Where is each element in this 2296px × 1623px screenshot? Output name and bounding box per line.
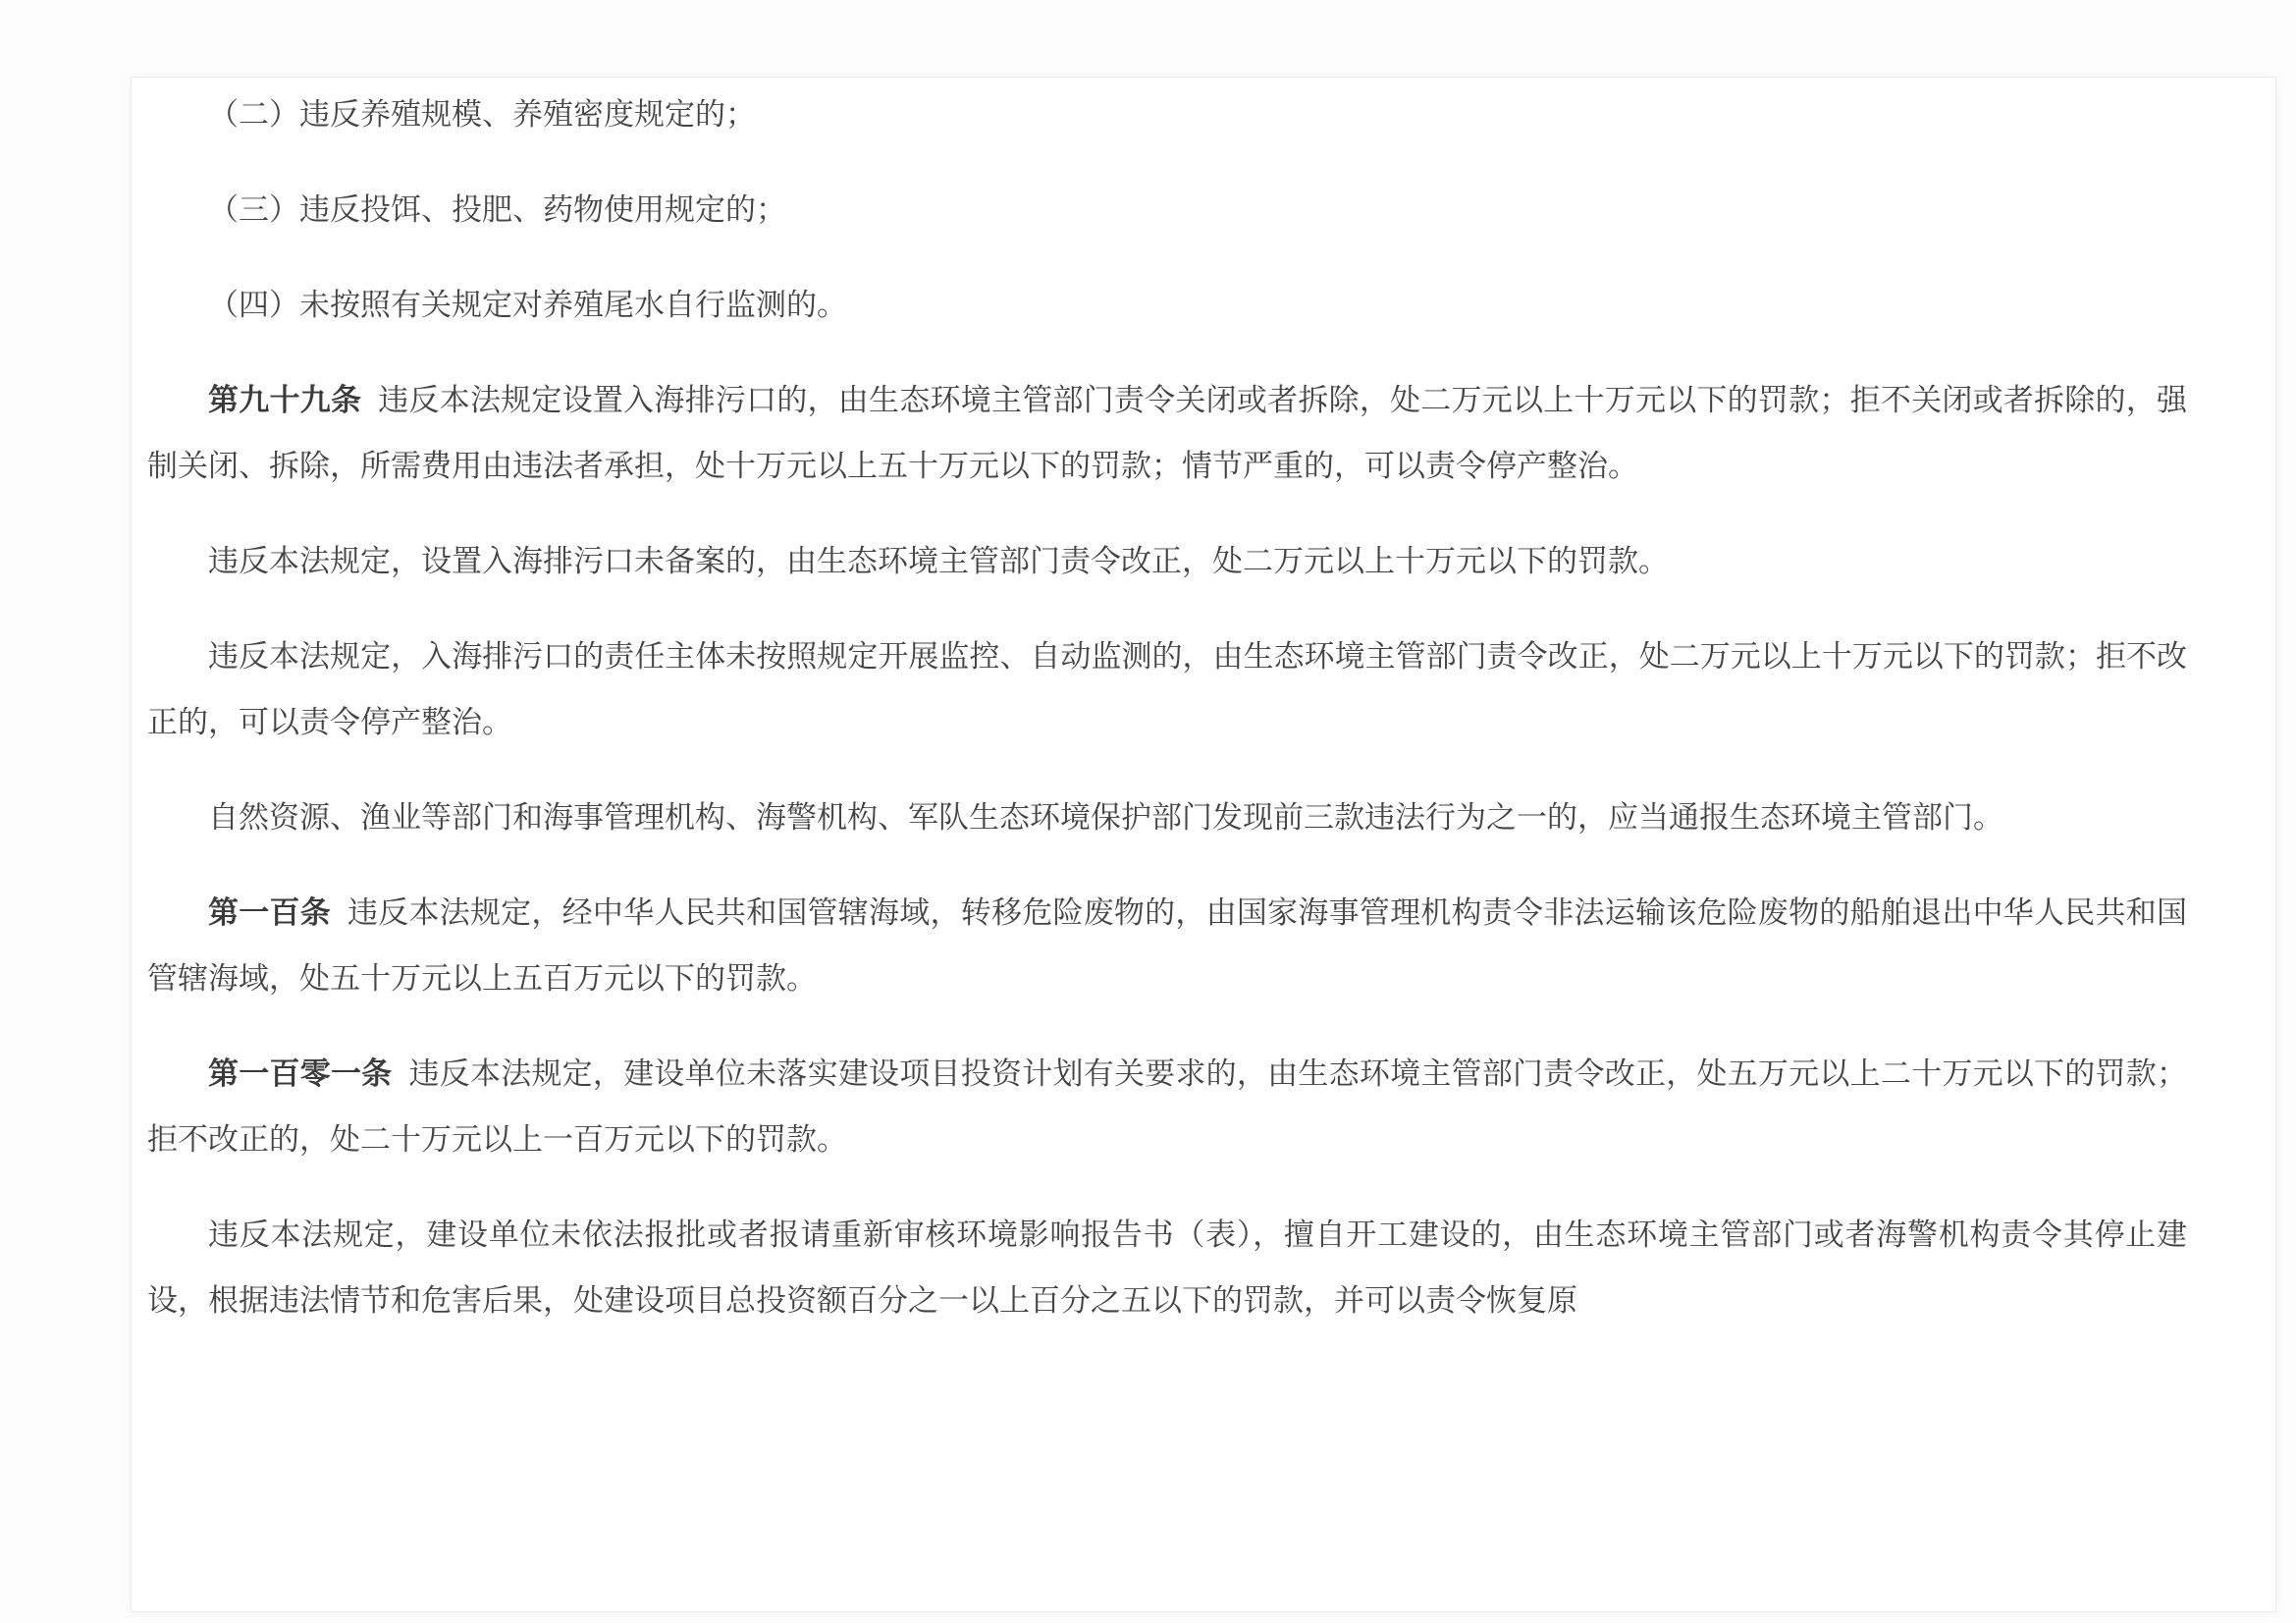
article-number: 第九十九条 — [208, 383, 361, 417]
law-article-paragraph: 第九十九条违反本法规定设置入海排污口的，由生态环境主管部门责令关闭或者拆除，处二… — [147, 367, 2187, 499]
document-card: （二）违反养殖规模、养殖密度规定的；（三）违反投饵、投肥、药物使用规定的；（四）… — [131, 77, 2276, 1612]
law-paragraph: 违反本法规定，建设单位未依法报批或者报请重新审核环境影响报告书（表），擅自开工建… — [147, 1202, 2187, 1333]
document-body: （二）违反养殖规模、养殖密度规定的；（三）违反投饵、投肥、药物使用规定的；（四）… — [147, 81, 2187, 1333]
law-paragraph: 违反本法规定，入海排污口的责任主体未按照规定开展监控、自动监测的，由生态环境主管… — [147, 623, 2187, 755]
law-article-paragraph: 第一百零一条违反本法规定，建设单位未落实建设项目投资计划有关要求的，由生态环境主… — [147, 1041, 2187, 1172]
article-number: 第一百零一条 — [208, 1056, 392, 1091]
law-paragraph: 自然资源、渔业等部门和海事管理机构、海警机构、军队生态环境保护部门发现前三款违法… — [147, 784, 2187, 850]
law-paragraph: （二）违反养殖规模、养殖密度规定的； — [147, 81, 2187, 147]
law-paragraph: （三）违反投饵、投肥、药物使用规定的； — [147, 177, 2187, 243]
article-number: 第一百条 — [208, 895, 331, 930]
law-paragraph: 违反本法规定，设置入海排污口未备案的，由生态环境主管部门责令改正，处二万元以上十… — [147, 528, 2187, 594]
page-background: （二）违反养殖规模、养殖密度规定的；（三）违反投饵、投肥、药物使用规定的；（四）… — [0, 0, 2296, 1623]
law-article-paragraph: 第一百条违反本法规定，经中华人民共和国管辖海域，转移危险废物的，由国家海事管理机… — [147, 880, 2187, 1011]
law-paragraph: （四）未按照有关规定对养殖尾水自行监测的。 — [147, 272, 2187, 338]
